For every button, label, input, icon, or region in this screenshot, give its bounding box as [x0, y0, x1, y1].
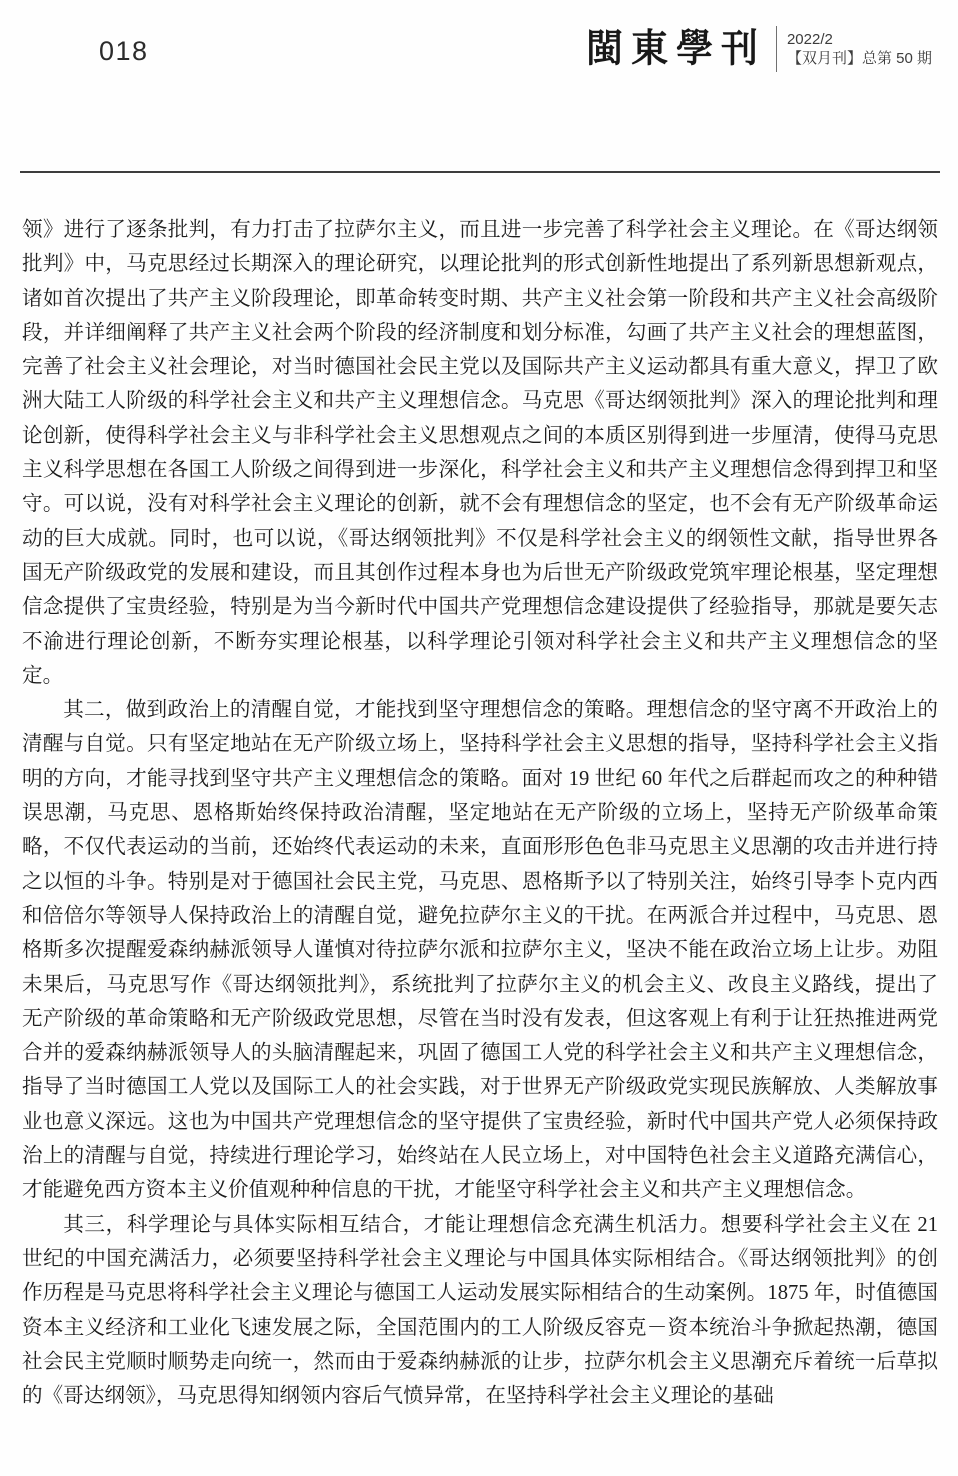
header-divider	[776, 26, 777, 72]
paragraph: 其三，科学理论与具体实际相互结合，才能让理想信念充满生机活力。想要科学社会主义在…	[22, 1208, 938, 1414]
journal-header: 閩東學刊 2022/2 【双月刊】总第 50 期	[586, 26, 932, 72]
issue-number: 2022/2	[787, 30, 932, 49]
issue-volume: 【双月刊】总第 50 期	[787, 49, 932, 68]
article-body: 领》进行了逐条批判，有力打击了拉萨尔主义，而且进一步完善了科学社会主义理论。在《…	[22, 213, 938, 1413]
paragraph: 其二，做到政治上的清醒自觉，才能找到坚守理想信念的策略。理想信念的坚守离不开政治…	[22, 693, 938, 1207]
journal-logo: 閩東學刊	[586, 30, 770, 69]
issue-info: 2022/2 【双月刊】总第 50 期	[787, 30, 932, 68]
journal-page: 018 閩東學刊 2022/2 【双月刊】总第 50 期 领》进行了逐条批判，有…	[0, 0, 958, 1476]
paragraph: 领》进行了逐条批判，有力打击了拉萨尔主义，而且进一步完善了科学社会主义理论。在《…	[22, 213, 938, 693]
header-rule	[20, 171, 940, 173]
page-number: 018	[99, 36, 149, 67]
